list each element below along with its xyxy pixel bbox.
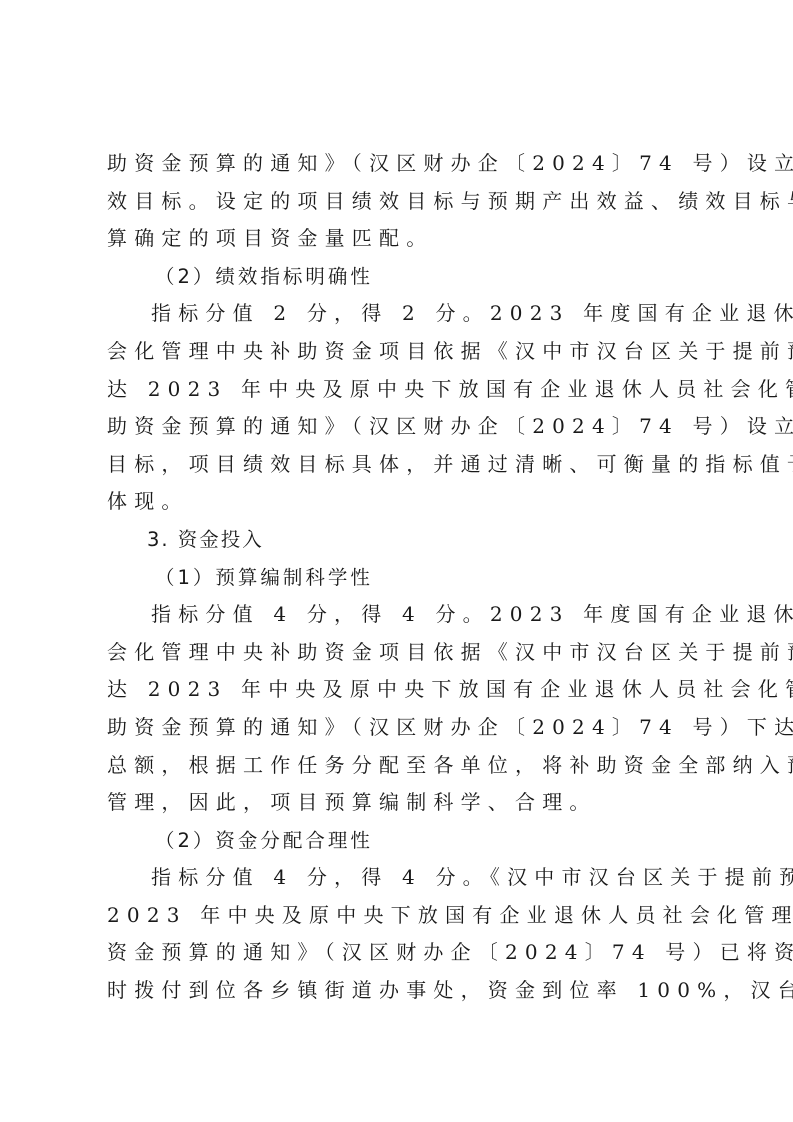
text-line: 算确定的项目资金量匹配。 [107,220,695,258]
text-line: 效目标。设定的项目绩效目标与预期产出效益、绩效目标与预 [107,183,695,221]
text-line: 2023 年中央及原中央下放国有企业退休人员社会化管理补助 [107,897,695,935]
text-line: 指标分值 4 分，得 4 分。《汉中市汉台区关于提前预下达 [107,859,695,897]
paragraph-budget-scientific: 指标分值 4 分，得 4 分。2023 年度国有企业退休人员社 会化管理中央补助… [107,596,695,822]
subheading-budget-scientific: （1）预算编制科学性 [107,559,695,597]
text-line: 指标分值 4 分，得 4 分。2023 年度国有企业退休人员社 [107,596,695,634]
paragraph-goal-setting: 助资金预算的通知》（汉区财办企〔2024〕74 号）设立了绩 效目标。设定的项目… [107,145,695,258]
text-line: 管理，因此，项目预算编制科学、合理。 [107,784,695,822]
text-line: 体现。 [107,483,695,521]
text-line: 会化管理中央补助资金项目依据《汉中市汉台区关于提前预下 [107,333,695,371]
subheading-fund-allocation: （2）资金分配合理性 [107,822,695,860]
document-page: 助资金预算的通知》（汉区财办企〔2024〕74 号）设立了绩 效目标。设定的项目… [107,145,695,1010]
text-line: 达 2023 年中央及原中央下放国有企业退休人员社会化管理补 [107,671,695,709]
text-line: 助资金预算的通知》（汉区财办企〔2024〕74 号）下达资金 [107,709,695,747]
text-line: 助资金预算的通知》（汉区财办企〔2024〕74 号）设立绩效 [107,408,695,446]
paragraph-fund-allocation: 指标分值 4 分，得 4 分。《汉中市汉台区关于提前预下达 2023 年中央及原… [107,859,695,1009]
paragraph-indicator-clarity: 指标分值 2 分，得 2 分。2023 年度国有企业退休人员社 会化管理中央补助… [107,295,695,521]
subheading-indicator-clarity: （2）绩效指标明确性 [107,258,695,296]
text-line: 资金预算的通知》（汉区财办企〔2024〕74 号）已将资金及 [107,934,695,972]
text-line: 助资金预算的通知》（汉区财办企〔2024〕74 号）设立了绩 [107,145,695,183]
section-heading-funding-input: 3. 资金投入 [107,521,695,559]
text-line: 会化管理中央补助资金项目依据《汉中市汉台区关于提前预下 [107,634,695,672]
text-line: 时拨付到位各乡镇街道办事处，资金到位率 100%，汉台区国 [107,972,695,1010]
text-line: 目标，项目绩效目标具体，并通过清晰、可衡量的指标值予以 [107,446,695,484]
text-line: 指标分值 2 分，得 2 分。2023 年度国有企业退休人员社 [107,295,695,333]
text-line: 总额，根据工作任务分配至各单位，将补助资金全部纳入预算 [107,747,695,785]
text-line: 达 2023 年中央及原中央下放国有企业退休人员社会化管理补 [107,371,695,409]
